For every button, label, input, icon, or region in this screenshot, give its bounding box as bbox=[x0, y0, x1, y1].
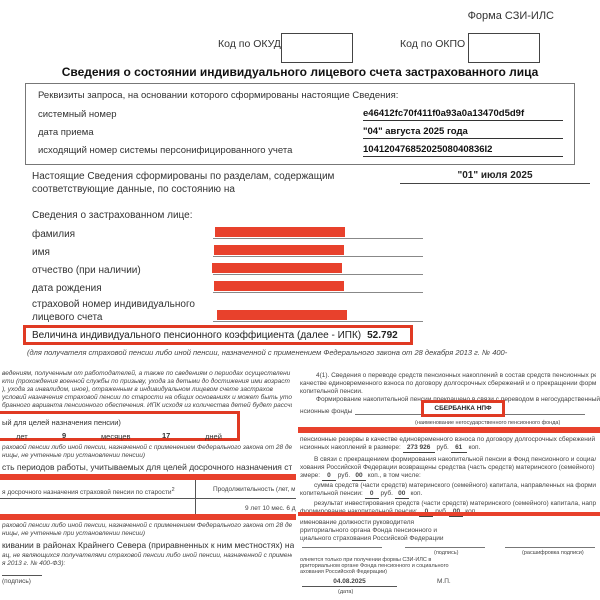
form-name: Форма СЗИ-ИЛС bbox=[468, 10, 554, 22]
sum-text: сумма средств (части средств) материнско… bbox=[300, 482, 596, 499]
official-line: именование должности руководителя bbox=[300, 519, 443, 527]
redline bbox=[0, 514, 296, 520]
patronymic-label: отчество (при наличии) bbox=[32, 264, 141, 277]
returned-suffix: коп., в том числе: bbox=[368, 472, 421, 479]
ipk-explanation: ведениям, полученным от работодателей, а… bbox=[2, 370, 292, 410]
early-stazh-value: 9 лет 10 мес. 6 д bbox=[245, 505, 297, 513]
rub-label: руб. bbox=[436, 444, 448, 451]
ipk-note: (для получателя страховой пенсии либо ин… bbox=[27, 348, 507, 357]
signature-caption: (подпись) bbox=[2, 578, 31, 586]
years-label: лет bbox=[16, 432, 28, 441]
receipt-date-label: дата приема bbox=[38, 127, 94, 138]
days-value: 17 bbox=[162, 431, 170, 440]
returned-line: хования Российской Федерации возвращены … bbox=[300, 464, 596, 472]
okpo-label: Код по ОКПО bbox=[400, 38, 465, 50]
explanation-line: ведениям, полученным от работодателей, а… bbox=[2, 370, 292, 378]
name-caption: (расшифровка подписи) bbox=[522, 549, 584, 557]
patronymic-redacted bbox=[212, 263, 342, 273]
official-title: именование должности руководителя рритор… bbox=[300, 519, 443, 543]
sum-amount-row: копительной пенсии: 0 руб. 00 коп. bbox=[300, 490, 596, 499]
official-line: циального страхования Российской Федерац… bbox=[300, 535, 443, 543]
signature-caption: (подпись) bbox=[434, 549, 458, 557]
returned-kop: 00 bbox=[352, 472, 366, 481]
ipk-row: Величина индивидуального пенсионного коэ… bbox=[32, 330, 398, 341]
stamp-place: М.П. bbox=[437, 578, 451, 586]
name-line bbox=[505, 547, 595, 548]
ipk-value: 52.792 bbox=[367, 330, 398, 341]
snils-label: страховой номер индивидуального лицевого… bbox=[32, 298, 202, 324]
stazh-heading: ый для целей назначения пенсии) bbox=[2, 418, 121, 427]
signature-line bbox=[405, 547, 485, 548]
explanation-line: бранного варианта пенсионного обеспечени… bbox=[2, 402, 292, 410]
returned-line: В связи с прекращением формирования нако… bbox=[300, 456, 596, 464]
early-retirement-heading: сть периодов работы, учитываемых для цел… bbox=[2, 462, 292, 472]
ipk-label: Величина индивидуального пенсионного коэ… bbox=[32, 330, 361, 341]
reserves-text: пенсионные резервы в качестве единовреме… bbox=[300, 436, 596, 453]
note-line: раховой пенсии либо иной пенсии, назначе… bbox=[2, 444, 292, 452]
section-line: качестве единовременного взноса по догов… bbox=[300, 380, 596, 388]
name-redacted bbox=[214, 245, 344, 255]
okud-label: Код по ОКУД bbox=[218, 38, 281, 50]
returned-amount-row: змере: 0 руб. 00 коп., в том числе: bbox=[300, 472, 596, 481]
sum-label: копительной пенсии: bbox=[300, 490, 363, 497]
explanation-line: ), ухода за инвалидом, иное), отраженным… bbox=[2, 386, 292, 394]
receipt-date-value: "04" августа 2025 года bbox=[363, 126, 563, 139]
okpo-field[interactable] bbox=[468, 33, 540, 63]
explanation-line: кти (прохождения военной службы по призы… bbox=[2, 378, 292, 386]
note-line: ницы, не учтенные при установлении пенси… bbox=[2, 452, 292, 460]
reserves-amount-row: нсионных накоплений в размере: 273 926 р… bbox=[300, 444, 596, 453]
returned-label: змере: bbox=[300, 472, 320, 479]
document-title: Сведения о состоянии индивидуального лиц… bbox=[0, 65, 600, 79]
position-line bbox=[302, 547, 382, 548]
surname-line bbox=[213, 238, 423, 239]
redline bbox=[0, 474, 296, 480]
invest-line: результат инвестирования средств (части … bbox=[300, 500, 596, 508]
north-heading: кивании в районах Крайнего Севера (прира… bbox=[2, 540, 294, 550]
note-line: я 2013 г. № 400-ФЗ): bbox=[2, 560, 292, 568]
kop-label: коп. bbox=[411, 490, 423, 497]
sum-line: сумма средств (части средств) материнско… bbox=[300, 482, 596, 490]
birth-date-label: дата рождения bbox=[32, 282, 102, 295]
request-heading: Реквизиты запроса, на основании которого… bbox=[38, 90, 398, 101]
fund-value: СБЕРБАНКА НПФ bbox=[421, 400, 505, 417]
footnote-mark: 2 bbox=[172, 487, 175, 493]
months-value: 9 bbox=[62, 431, 66, 440]
reserves-kop: 61 bbox=[451, 444, 467, 453]
system-number-label: системный номер bbox=[38, 109, 117, 120]
explanation-line: условий назначения страховой пенсии по с… bbox=[2, 394, 292, 402]
north-note: ац, не являющихся получателями страховой… bbox=[2, 552, 292, 568]
note-line: ницы, не учтенные при установлении пенси… bbox=[2, 530, 292, 538]
fill-note: олняется только при получении формы СЗИ-… bbox=[300, 557, 449, 575]
reserves-line: пенсионные резервы в качестве единовреме… bbox=[300, 436, 596, 444]
stazh-note: раховой пенсии либо иной пенсии, назначе… bbox=[2, 444, 292, 460]
surname-label: фамилия bbox=[32, 228, 75, 241]
outgoing-number-label: исходящий номер системы персонифицирован… bbox=[38, 145, 292, 156]
redline bbox=[298, 512, 600, 516]
returned-rub: 0 bbox=[322, 472, 336, 481]
rub-label: руб. bbox=[380, 490, 392, 497]
snils-line bbox=[213, 321, 423, 322]
name-line bbox=[213, 256, 423, 257]
rub-label: руб. bbox=[338, 472, 350, 479]
kop-label: коп. bbox=[469, 444, 481, 451]
sum-kop: 00 bbox=[395, 490, 409, 499]
reserves-rub: 273 926 bbox=[403, 444, 435, 453]
days-label: дней bbox=[205, 432, 222, 441]
note-line: ац, не являющихся получателями страховой… bbox=[2, 552, 292, 560]
name-label: имя bbox=[32, 246, 50, 259]
issue-date: 04.08.2025 bbox=[302, 578, 397, 587]
system-number-value: e46412fc70f411f0a93a0a13470d5d9f bbox=[363, 108, 563, 121]
reserves-amount-label: нсионных накоплений в размере: bbox=[300, 444, 401, 451]
section-line: 4(1). Сведения о переводе средств пенсио… bbox=[300, 372, 596, 380]
as-of-date: "01" июля 2025 bbox=[400, 170, 590, 184]
surname-redacted bbox=[215, 227, 345, 237]
table-rule bbox=[0, 498, 296, 499]
section-4-1-text: 4(1). Сведения о переводе средств пенсио… bbox=[300, 372, 596, 396]
note-line: раховой пенсии либо иной пенсии, назначе… bbox=[2, 522, 292, 530]
fill-note-line: ахования Российской Федерации) bbox=[300, 569, 449, 575]
returned-text: В связи с прекращением формирования нако… bbox=[300, 456, 596, 481]
sum-rub: 0 bbox=[365, 490, 379, 499]
col1-text: я досрочного назначения страховой пенсии… bbox=[2, 489, 172, 496]
fund-caption: (наименование негосударственного пенсион… bbox=[415, 419, 560, 427]
fund-label: нсионные фонды bbox=[300, 408, 352, 416]
early-table-col2: Продолжительность (лет, м bbox=[213, 486, 295, 494]
okud-field[interactable] bbox=[281, 33, 353, 63]
signature-line bbox=[2, 575, 42, 576]
early-note: раховой пенсии либо иной пенсии, назначе… bbox=[2, 522, 292, 538]
birth-date-line bbox=[213, 292, 423, 293]
redline bbox=[298, 427, 600, 433]
months-label: месяцев bbox=[101, 432, 131, 441]
birth-date-redacted bbox=[214, 281, 344, 291]
insured-heading: Сведения о застрахованном лице: bbox=[32, 210, 193, 221]
official-line: рриториального органа Фонда пенсионного … bbox=[300, 527, 443, 535]
early-table-col1: я досрочного назначения страховой пенсии… bbox=[2, 486, 175, 497]
as-of-text: Настоящие Сведения сформированы по разде… bbox=[32, 170, 362, 196]
snils-redacted bbox=[217, 310, 347, 320]
section-line: копительной пенсии. bbox=[300, 388, 596, 396]
outgoing-number-value: 10412047685202508040836I2 bbox=[363, 144, 563, 157]
patronymic-line bbox=[213, 274, 423, 275]
date-caption: (дата) bbox=[338, 588, 353, 596]
